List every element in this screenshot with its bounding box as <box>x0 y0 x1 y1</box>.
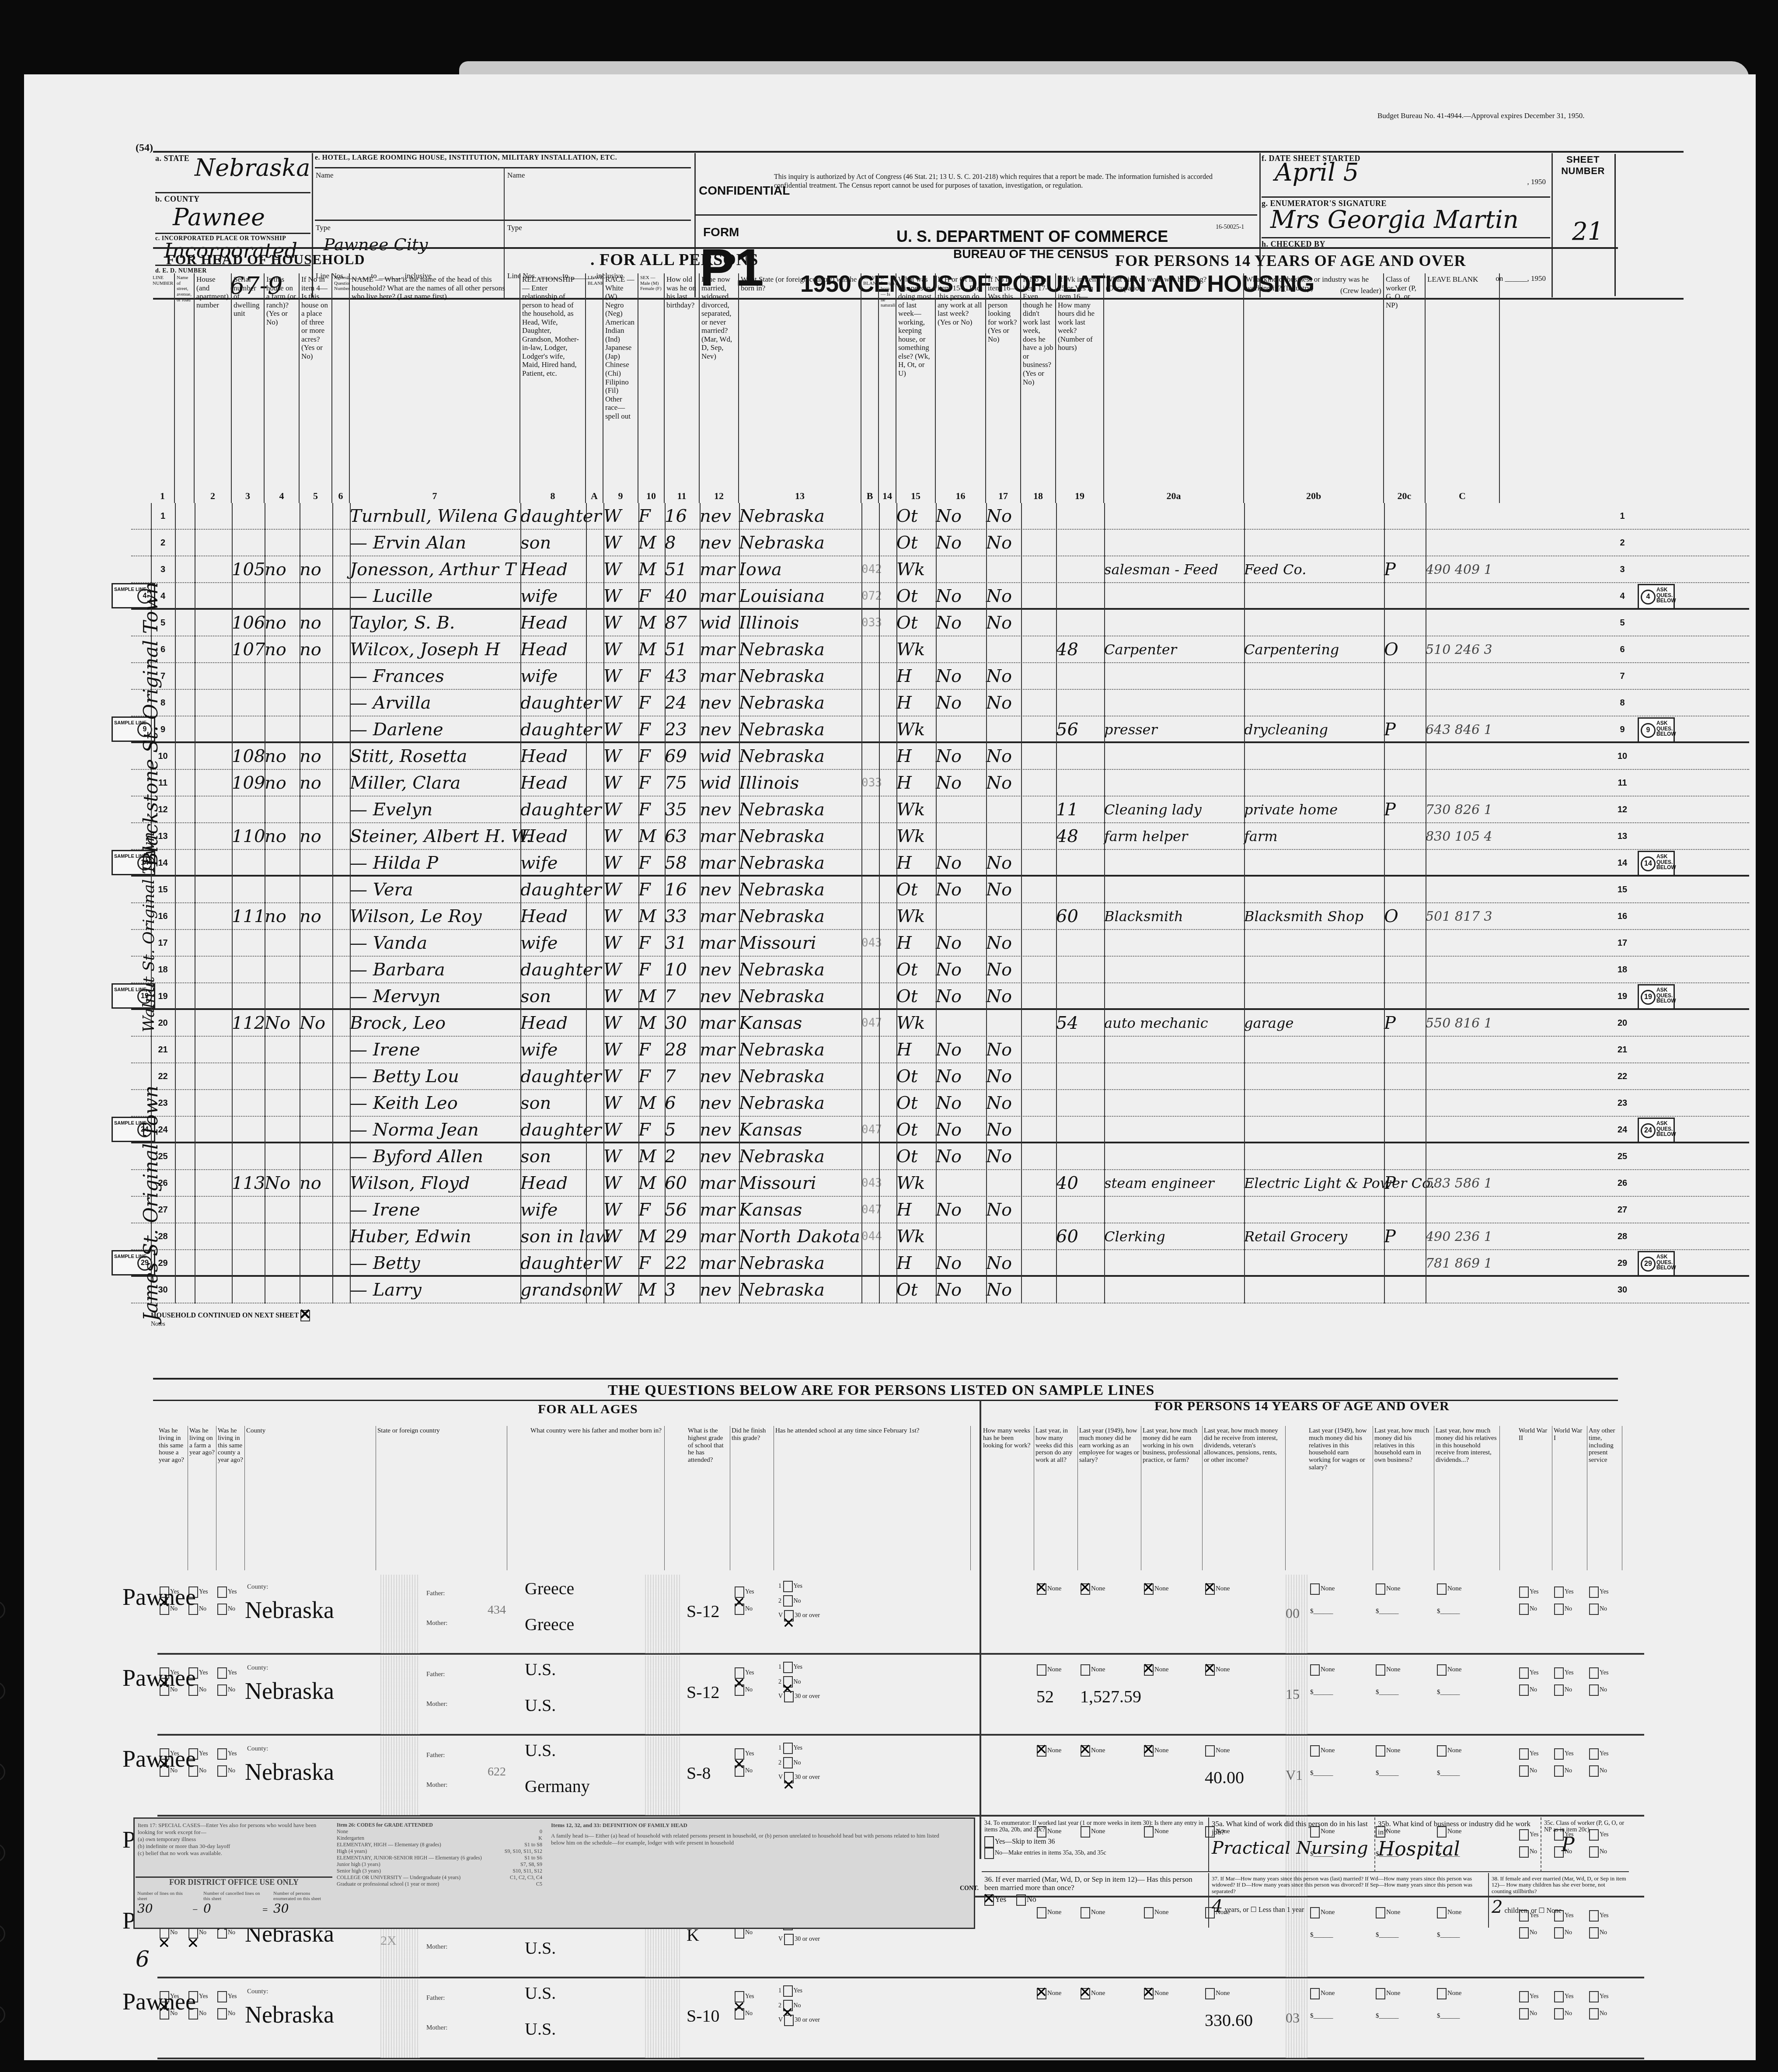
cell-birthplace: Nebraska <box>739 877 861 903</box>
cell-c17 <box>986 1010 1021 1037</box>
column-header: Name of street, avenue, or road <box>175 273 195 503</box>
cell-industry: drycleaning <box>1244 716 1384 743</box>
cell-age: 24 <box>665 690 700 716</box>
finished-no-checkbox[interactable] <box>735 2008 744 2020</box>
cell-acres: no <box>300 556 332 583</box>
cell-industry <box>1244 663 1384 690</box>
cell-line: 21 <box>151 1037 175 1063</box>
cell-occupation: farm helper <box>1104 823 1244 850</box>
cell-marital: wid <box>700 610 739 636</box>
cell-industry <box>1244 1250 1384 1277</box>
cell-codes: 730 826 1 <box>1426 797 1500 823</box>
yes-checkbox[interactable] <box>1554 1748 1564 1760</box>
attended-no-checkbox[interactable] <box>783 2000 793 2011</box>
grid-line <box>603 503 604 1303</box>
none-checkbox[interactable] <box>1437 1664 1447 1676</box>
cell-class <box>1384 530 1426 556</box>
cell-race: W <box>603 503 638 530</box>
cell-c17 <box>986 823 1021 850</box>
none-checkbox[interactable] <box>1081 1664 1090 1676</box>
cell-hours <box>1056 850 1104 877</box>
yes-checkbox[interactable] <box>1589 1991 1599 2002</box>
income-c30-none: None <box>1037 1745 1062 1757</box>
cell-sex: F <box>638 1037 665 1063</box>
finished-yes-checkbox[interactable] <box>735 1667 744 1679</box>
none-checkbox[interactable] <box>1376 1664 1385 1676</box>
yes-checkbox[interactable] <box>1519 1667 1529 1679</box>
cell-occupation <box>1104 1117 1244 1143</box>
cell-sex: F <box>638 716 665 743</box>
armed-forces-checks: YesNo <box>1554 1583 1573 1618</box>
sample-state: Nebraska <box>245 1597 376 1624</box>
table-row: 2— Ervin AlansonWM8nevNebraskaOtNoNo2 <box>131 530 1749 556</box>
household-continued: HOUSEHOLD CONTINUED ON NEXT SHEET <box>151 1310 311 1321</box>
relatives-income-none: None$______ <box>1376 1745 1401 1777</box>
enumerator-signature: Mrs Georgia Martin <box>1270 206 1519 234</box>
attended-30-checkbox[interactable] <box>784 1610 794 1621</box>
cell-name: — Keith Leo <box>350 1090 520 1117</box>
no-checkbox[interactable] <box>1589 1927 1599 1939</box>
sample-col-c25: What country were his father and mother … <box>529 1426 665 1570</box>
cell-relation: son <box>520 1143 586 1170</box>
column-header: What kind of work was he doing? (Occupat… <box>1104 273 1244 503</box>
none-checkbox[interactable] <box>1205 1583 1215 1595</box>
cell-c17: No <box>986 1090 1021 1117</box>
income-c31c-none: None <box>1205 1988 1230 1999</box>
cell-c15: H <box>896 770 936 797</box>
cell-occupation <box>1104 1143 1244 1170</box>
cell-codes <box>1426 663 1500 690</box>
sample-code-e: 622 <box>488 1765 523 1779</box>
cell-class <box>1384 610 1426 636</box>
grid-line <box>520 503 521 1303</box>
column-header: LINE NUMBER1 <box>151 273 175 503</box>
sample-row-line: 19 <box>0 1844 5 1862</box>
column-header: If No in item 4— Is this house on a plac… <box>300 273 332 503</box>
cell-c17: No <box>986 850 1021 877</box>
cell-birthplace: Nebraska <box>739 1250 861 1277</box>
cell-occupation <box>1104 877 1244 903</box>
none-checkbox[interactable] <box>1081 1745 1090 1757</box>
finished-yes-checkbox[interactable] <box>735 1991 744 2002</box>
q36-yes-checkbox[interactable] <box>984 1894 994 1906</box>
cell-acres <box>300 797 332 823</box>
cell-farm <box>265 850 300 877</box>
no-checkbox[interactable] <box>1589 2008 1599 2020</box>
cell-acres <box>300 877 332 903</box>
cell-occupation: Blacksmith <box>1104 903 1244 930</box>
all-persons-title: . FOR ALL PERSONS <box>590 250 758 269</box>
q35a-block: 35a. What kind of work did this person d… <box>1209 1817 1375 1872</box>
q34-no-checkbox[interactable] <box>984 1848 994 1859</box>
cell-farm: no <box>265 743 300 770</box>
cell-occupation <box>1104 663 1244 690</box>
table-row: 25— Byford AllensonWM2nevNebraskaOtNoNo2… <box>131 1143 1749 1170</box>
no-checkbox[interactable] <box>1589 1765 1599 1777</box>
leave-blank-d <box>380 1979 420 2058</box>
no-checkbox[interactable] <box>1519 1927 1529 1939</box>
none-checkbox[interactable] <box>1437 1583 1447 1595</box>
yes-checkbox[interactable] <box>1519 1991 1529 2002</box>
cell-relation: son <box>520 983 586 1010</box>
cell-codes <box>1426 1117 1500 1143</box>
column-header: What kind of business or industry was he… <box>1244 273 1384 503</box>
table-row: 21— IrenewifeWF28marNebraskaHNoNo21 <box>131 1037 1749 1063</box>
cell-hours <box>1056 983 1104 1010</box>
line-number-right: 29 <box>1609 1250 1635 1277</box>
line-number-right: 18 <box>1609 957 1635 983</box>
none-checkbox[interactable] <box>1310 1664 1320 1676</box>
leave-blank-d <box>380 1575 420 1653</box>
cell-acres: no <box>300 743 332 770</box>
cell-occupation <box>1104 1090 1244 1117</box>
cell-acres <box>300 1197 332 1223</box>
cell-marital: nev <box>700 716 739 743</box>
yes-checkbox[interactable] <box>1554 1586 1564 1598</box>
none-checkbox[interactable] <box>1037 1583 1046 1595</box>
yes-checkbox[interactable] <box>1519 1586 1529 1598</box>
cell-c16 <box>936 1223 986 1250</box>
cell-industry <box>1244 1197 1384 1223</box>
table-row: 28Huber, Edwinson in lawWM29marNorth Dak… <box>131 1223 1749 1250</box>
cell-age: 2 <box>665 1143 700 1170</box>
q38-block: 38. If female and ever married (Mar, Wd,… <box>1489 1873 1629 1928</box>
cell-birthplace: Nebraska <box>739 716 861 743</box>
no-checkbox[interactable] <box>1589 1684 1599 1696</box>
cell-hours: 60 <box>1056 1223 1104 1250</box>
department: U. S. DEPARTMENT OF COMMERCE <box>896 227 1168 246</box>
yes-checkbox[interactable] <box>1554 1991 1564 2002</box>
cell-class: P <box>1384 1010 1426 1037</box>
budget-note: Budget Bureau No. 41-4944.—Approval expi… <box>1377 112 1585 120</box>
cell-industry <box>1244 850 1384 877</box>
armed-forces-checks: YesNo <box>1589 1583 1608 1618</box>
finished-grade-checks: YesNo <box>735 1583 754 1618</box>
continued-checkbox[interactable] <box>300 1310 310 1321</box>
special-cases: Item 17: SPECIAL CASES—Enter Yes also fo… <box>138 1822 330 1857</box>
income-c31b-none: None <box>1144 1583 1169 1595</box>
cell-name: — Irene <box>350 1037 520 1063</box>
sample-row-line: 24 <box>0 1925 5 1943</box>
cell-acres <box>300 503 332 530</box>
table-row: 30— LarrygrandsonWM3nevNebraskaOtNoNo30 <box>131 1277 1749 1303</box>
none-checkbox[interactable] <box>1310 1988 1320 1999</box>
cell-farm <box>265 1223 300 1250</box>
cell-farm <box>265 663 300 690</box>
none-checkbox[interactable] <box>1037 1745 1046 1757</box>
cell-farm: no <box>265 770 300 797</box>
line-number-right: 2 <box>1609 530 1635 556</box>
sample-grade: S-10 <box>687 2006 730 2026</box>
cell-occupation <box>1104 1037 1244 1063</box>
cell-hours <box>1056 877 1104 903</box>
cell-acres <box>300 850 332 877</box>
cell-serial <box>232 530 265 556</box>
cell-c15: Ot <box>896 610 936 636</box>
cell-age: 60 <box>665 1170 700 1197</box>
cell-acres: no <box>300 1170 332 1197</box>
cell-sex: F <box>638 797 665 823</box>
sample-col-c22: Was he living on a farm a year ago? <box>188 1426 216 1570</box>
none-checkbox[interactable] <box>1376 1988 1385 1999</box>
income-c31a-none: None <box>1081 1664 1105 1676</box>
cell-serial <box>232 1197 265 1223</box>
cell-industry: Electric Light & Power Co. <box>1244 1170 1384 1197</box>
cell-race: W <box>603 610 638 636</box>
cell-class <box>1384 1063 1426 1090</box>
none-checkbox[interactable] <box>1081 1583 1090 1595</box>
none-checkbox[interactable] <box>1437 1988 1447 1999</box>
none-checkbox[interactable] <box>1037 1664 1046 1676</box>
cell-codes: 830 105 4 <box>1426 823 1500 850</box>
column-header: LEAVE BLANKA <box>586 273 603 503</box>
cell-codes: 550 816 1 <box>1426 1010 1500 1037</box>
sample-father: Greece <box>525 1578 612 1599</box>
cell-race: W <box>603 556 638 583</box>
cell-c16: No <box>936 957 986 983</box>
q34-yes-checkbox[interactable] <box>984 1836 994 1848</box>
no-checkbox[interactable] <box>1554 2008 1564 2020</box>
column-header: If No in item 16— Was this person lookin… <box>986 273 1021 503</box>
none-checkbox[interactable] <box>1144 1988 1154 1999</box>
finished-yes-checkbox[interactable] <box>735 1586 744 1598</box>
cell-age: 16 <box>665 877 700 903</box>
cell-relation: Head <box>520 743 586 770</box>
attended-no-checkbox[interactable] <box>783 1757 793 1768</box>
cell-birthplace: Nebraska <box>739 850 861 877</box>
sample-grade: S-8 <box>687 1763 730 1783</box>
armed-forces-checks: YesNo <box>1554 1664 1573 1698</box>
attended-30-checkbox[interactable] <box>784 1772 794 1783</box>
column-header: NAME — What is the name of the head of t… <box>350 273 520 503</box>
attended-school-checks: 1 Yes2 NoV 30 or over <box>778 1741 820 1785</box>
grade-code-item: High (4 years)S9, S10, S11, S12 <box>337 1848 542 1855</box>
grid-line <box>1104 503 1105 1303</box>
finished-no-checkbox[interactable] <box>735 1765 744 1777</box>
cell-age: 31 <box>665 930 700 957</box>
column-header: If Wk in item 15 or Yes in item 16— How … <box>1056 273 1104 503</box>
none-checkbox[interactable] <box>1437 1745 1447 1757</box>
cell-c15: Ot <box>896 1063 936 1090</box>
ask-questions-below-badge: 19ASK QUES. BELOW <box>1638 984 1675 1010</box>
cell-class <box>1384 583 1426 610</box>
cell-house <box>195 823 232 850</box>
cell-codes <box>1426 877 1500 903</box>
cell-sex: M <box>638 556 665 583</box>
no-checkbox[interactable] <box>1554 1765 1564 1777</box>
grid-line <box>300 503 300 1303</box>
attended-yes-checkbox[interactable] <box>783 1743 793 1754</box>
none-checkbox[interactable] <box>1376 1583 1385 1595</box>
cell-birthplace: Nebraska <box>739 1063 861 1090</box>
yes-checkbox[interactable] <box>1589 1748 1599 1760</box>
none-checkbox[interactable] <box>1310 1583 1320 1595</box>
cell-c15: Wk <box>896 636 936 663</box>
cell-marital: mar <box>700 636 739 663</box>
cell-relation: daughter <box>520 1063 586 1090</box>
confidential-text: This inquiry is authorized by Act of Con… <box>774 173 1242 190</box>
cell-c16: No <box>936 1143 986 1170</box>
sample-mother: Greece <box>525 1614 612 1635</box>
cell-industry: Carpentering <box>1244 636 1384 663</box>
table-row: 26113NonoWilson, FloydHeadWM60marMissour… <box>131 1170 1749 1197</box>
cell-house <box>195 770 232 797</box>
cell-relation: wife <box>520 663 586 690</box>
finished-yes-checkbox[interactable] <box>735 1748 744 1760</box>
cell-farm <box>265 797 300 823</box>
cell-hours <box>1056 583 1104 610</box>
yes-checkbox[interactable] <box>1589 1586 1599 1598</box>
none-checkbox[interactable] <box>1144 1664 1154 1676</box>
cell-c15: Wk <box>896 903 936 930</box>
sample-county: Pawnee <box>122 1988 236 2015</box>
none-checkbox[interactable] <box>1037 1988 1046 1999</box>
no-checkbox[interactable] <box>1554 1684 1564 1696</box>
cell-age: 16 <box>665 503 700 530</box>
no-checkbox[interactable] <box>1554 1604 1564 1615</box>
street-name-3: James St. Original Town <box>140 1086 162 1321</box>
yes-checkbox[interactable] <box>1519 1748 1529 1760</box>
cell-codes <box>1426 610 1500 636</box>
cell-name: Turnbull, Wilena G <box>350 503 520 530</box>
cell-marital: mar <box>700 903 739 930</box>
cell-house <box>195 877 232 903</box>
sample-col-c24b: State or foreign country <box>376 1426 507 1570</box>
street-name-1: Blackstone St. Original Town <box>140 582 162 866</box>
cell-hours: 56 <box>1056 716 1104 743</box>
sample-col-c32a: Last year (1949), how much money did his… <box>1307 1426 1373 1570</box>
line-number-right: 1 <box>1609 503 1635 530</box>
attended-no-checkbox[interactable] <box>783 1595 793 1607</box>
cell-industry <box>1244 1090 1384 1117</box>
sheet-number-field: SHEET NUMBER 21 <box>1555 154 1616 296</box>
cell-name: — Barbara <box>350 957 520 983</box>
cell-c16: No <box>936 1250 986 1277</box>
cell-c16: No <box>936 850 986 877</box>
cell-name: — Larry <box>350 1277 520 1303</box>
attended-no-checkbox[interactable] <box>783 1676 793 1688</box>
cell-acres: no <box>300 823 332 850</box>
cell-class <box>1384 850 1426 877</box>
yes-checkbox[interactable] <box>1589 1667 1599 1679</box>
attended-30-checkbox[interactable] <box>784 1934 794 1945</box>
none-checkbox[interactable] <box>1376 1745 1385 1757</box>
cell-industry <box>1244 1117 1384 1143</box>
cell-relation: daughter <box>520 957 586 983</box>
parents-labels: Father:Mother: <box>426 1579 447 1638</box>
cell-house <box>195 1117 232 1143</box>
cell-hours <box>1056 530 1104 556</box>
income-c31c-none: None <box>1205 1745 1230 1757</box>
q36-no-checkbox[interactable] <box>1016 1894 1026 1906</box>
cell-sex: M <box>638 983 665 1010</box>
cell-birthplace: Nebraska <box>739 1090 861 1117</box>
cell-house <box>195 1143 232 1170</box>
no-checkbox[interactable] <box>1519 1604 1529 1615</box>
attended-yes-checkbox[interactable] <box>783 1581 793 1592</box>
cell-name: — Evelyn <box>350 797 520 823</box>
cell-serial <box>232 503 265 530</box>
no-checkbox[interactable] <box>1519 2008 1529 2020</box>
armed-forces-checks: YesNo <box>1554 1988 1573 2022</box>
yes-checkbox[interactable] <box>1554 1667 1564 1679</box>
cell-occupation <box>1104 743 1244 770</box>
none-checkbox[interactable] <box>1081 1988 1090 1999</box>
sample-code-f: V1 <box>1286 1767 1307 1783</box>
cell-c17: No <box>986 663 1021 690</box>
sample-code-f: 15 <box>1286 1686 1307 1702</box>
ask-questions-below-badge: 9ASK QUES. BELOW <box>1638 717 1675 743</box>
cell-name: — Ervin Alan <box>350 530 520 556</box>
lines-on-sheet: 30 <box>137 1901 190 1916</box>
none-checkbox[interactable] <box>1205 1664 1215 1676</box>
cell-occupation <box>1104 1277 1244 1303</box>
cell-race: W <box>603 690 638 716</box>
none-checkbox[interactable] <box>1310 1745 1320 1757</box>
attended-30-checkbox[interactable] <box>784 2015 794 2026</box>
county-field: b. COUNTY Pawnee <box>155 195 310 234</box>
cell-acres <box>300 1117 332 1143</box>
county-label: County: <box>247 1988 268 1995</box>
attended-30-checkbox[interactable] <box>784 1691 794 1702</box>
cell-c17: No <box>986 1250 1021 1277</box>
attended-yes-checkbox[interactable] <box>783 1662 793 1673</box>
leave-blank-e <box>645 1979 680 2058</box>
cell-occupation <box>1104 583 1244 610</box>
attended-yes-checkbox[interactable] <box>783 1985 793 1997</box>
cell-relation: Head <box>520 823 586 850</box>
cell-c15: Wk <box>896 556 936 583</box>
finished-no-checkbox[interactable] <box>735 1604 744 1615</box>
sample-col-c30: Last year, in how many weeks did this pe… <box>1034 1426 1078 1570</box>
cell-class <box>1384 957 1426 983</box>
finished-no-checkbox[interactable] <box>735 1684 744 1696</box>
cell-house <box>195 503 232 530</box>
cell-marital: mar <box>700 663 739 690</box>
none-checkbox[interactable] <box>1205 1988 1215 1999</box>
sample-col-c31b: Last year, how much money did he earn wo… <box>1141 1426 1203 1570</box>
cell-name: Wilson, Le Roy <box>350 903 520 930</box>
sample-county: Pawnee <box>122 1745 236 1772</box>
none-checkbox[interactable] <box>1144 1745 1154 1757</box>
q36-block: 36. If ever married (Mar, Wd, D, or Sep … <box>982 1873 1209 1928</box>
cell-acres <box>300 1063 332 1090</box>
cell-relation: Head <box>520 636 586 663</box>
cell-name: — Mervyn <box>350 983 520 1010</box>
cell-c15: Ot <box>896 983 936 1010</box>
cell-hours <box>1056 503 1104 530</box>
no-checkbox[interactable] <box>1519 1684 1529 1696</box>
cell-codes: 490 409 1 <box>1426 556 1500 583</box>
none-checkbox[interactable] <box>1144 1583 1154 1595</box>
cell-occupation <box>1104 770 1244 797</box>
cell-hours: 11 <box>1056 797 1104 823</box>
none-checkbox[interactable] <box>1205 1745 1215 1757</box>
no-checkbox[interactable] <box>1519 1765 1529 1777</box>
sample-code-e: 434 <box>488 1603 523 1617</box>
no-checkbox[interactable] <box>1554 1927 1564 1939</box>
cell-class <box>1384 1197 1426 1223</box>
line-number-right: 17 <box>1609 930 1635 957</box>
line-number-right: 16 <box>1609 903 1635 930</box>
no-checkbox[interactable] <box>1589 1604 1599 1615</box>
cell-farm <box>265 716 300 743</box>
q34-block: 34. To enumerator: If worked last year (… <box>982 1817 1209 1872</box>
cell-codes <box>1426 770 1500 797</box>
cell-industry <box>1244 743 1384 770</box>
cell-race: W <box>603 770 638 797</box>
cell-c16 <box>936 903 986 930</box>
